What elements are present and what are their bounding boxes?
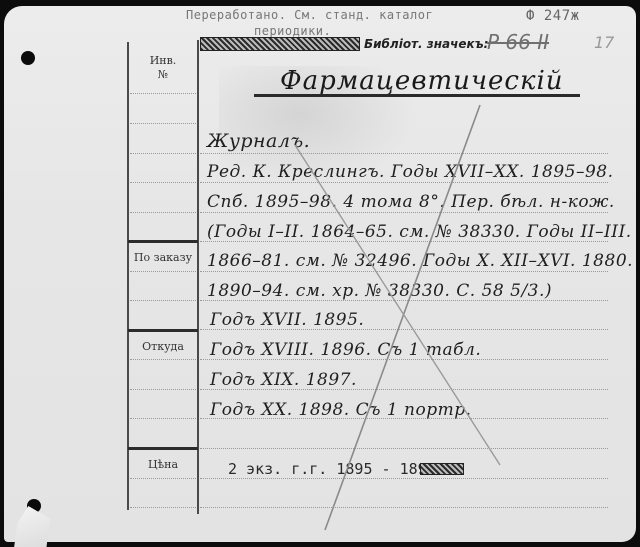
cancellation-cross <box>0 0 640 547</box>
